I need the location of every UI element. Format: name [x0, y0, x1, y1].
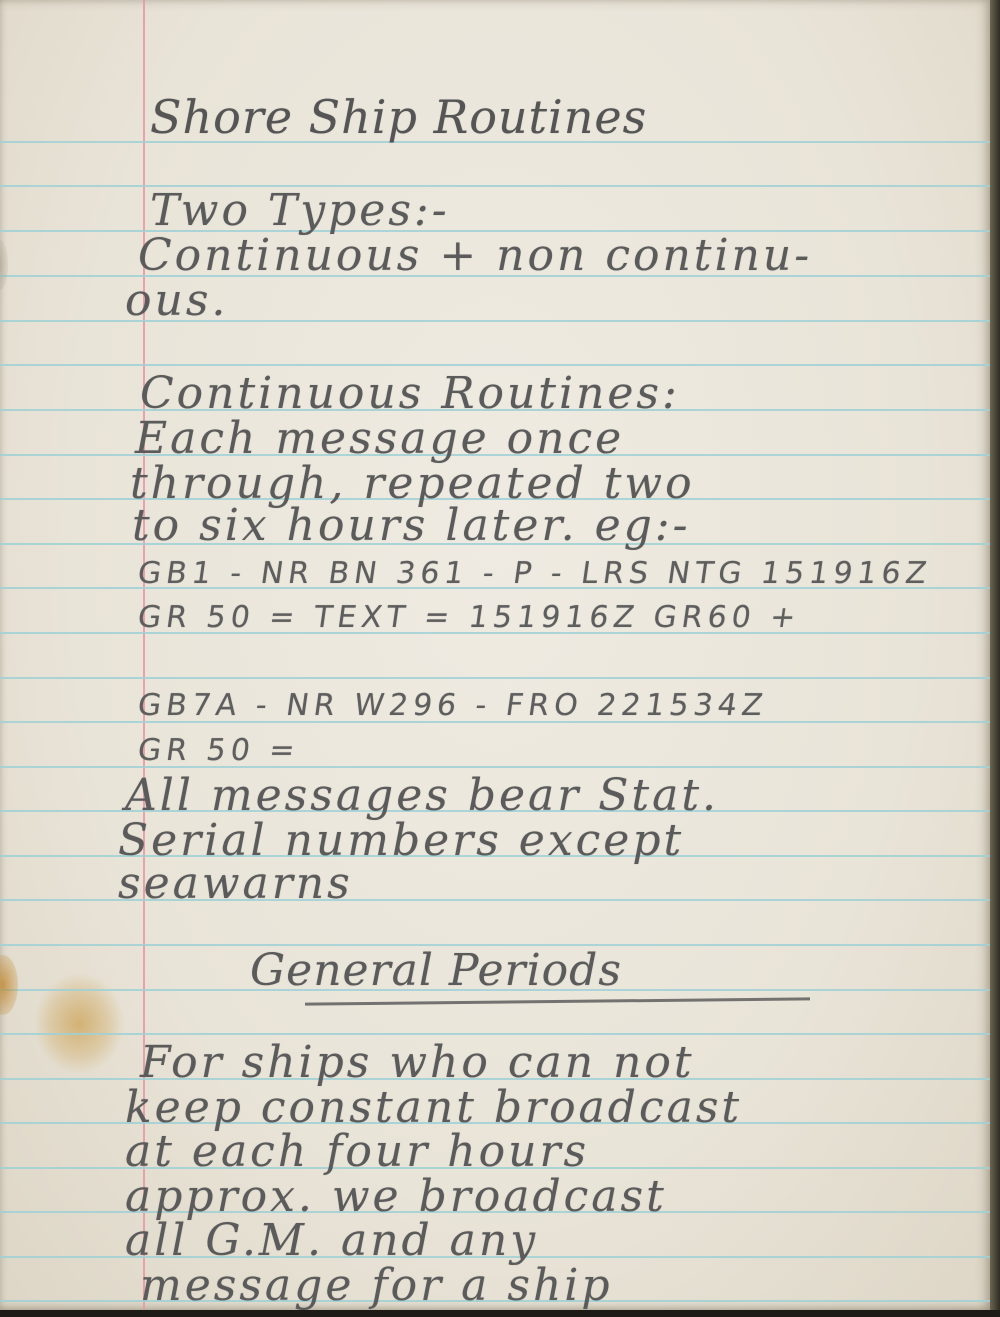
- notebook-page: Shore Ship Routines Two Types:- Continuo…: [0, 0, 992, 1312]
- page-edge-bottom: [0, 1310, 1000, 1317]
- rust-stain: [0, 955, 18, 1015]
- section-heading: General Periods: [250, 945, 622, 996]
- message-example: GR 50 = TEXT = 151916Z GR60 +: [136, 600, 803, 635]
- page-edge-right: [990, 0, 1000, 1317]
- ruled-line: [0, 185, 990, 187]
- handwritten-line: message for a ship: [140, 1260, 613, 1311]
- ruled-line: [0, 364, 990, 366]
- handwritten-line: to six hours later. eg:-: [132, 500, 690, 551]
- handwritten-line: For ships who can not: [140, 1037, 695, 1088]
- paper-mark: [0, 240, 8, 290]
- handwritten-line: Continuous + non continu-: [138, 230, 812, 281]
- message-example: GR 50 =: [136, 733, 302, 768]
- heading-underline: [305, 997, 810, 1005]
- message-example: GB7A - NR W296 - FRO 221534Z: [136, 688, 770, 723]
- handwritten-line: ous.: [125, 275, 228, 326]
- handwritten-line: Each message once: [135, 413, 624, 464]
- handwritten-line: Two Types:-: [150, 185, 450, 236]
- handwritten-line: all G.M. and any: [125, 1215, 538, 1266]
- message-example: GB1 - NR BN 361 - P - LRS NTG 151916Z: [136, 556, 934, 591]
- handwritten-line: All messages bear Stat.: [125, 770, 719, 821]
- section-heading: Continuous Routines:: [140, 368, 680, 419]
- ruled-line: [0, 677, 990, 679]
- ruled-line: [0, 1033, 990, 1035]
- page-title: Shore Ship Routines: [150, 90, 647, 144]
- handwritten-line: at each four hours: [125, 1126, 589, 1177]
- handwritten-line: seawarns: [118, 858, 353, 909]
